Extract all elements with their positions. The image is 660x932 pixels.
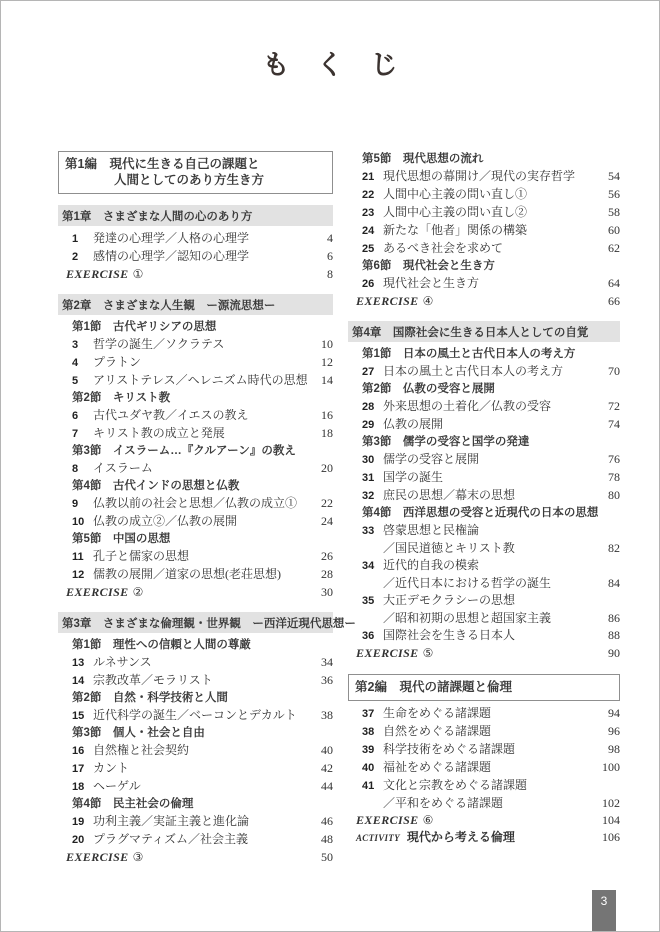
item-title: キリスト教の成立と発展 xyxy=(93,425,225,442)
item-page-number: 54 xyxy=(602,168,620,185)
section-label: 第5節 現代思想の流れ xyxy=(362,151,483,168)
item-number: 12 xyxy=(72,567,86,584)
item-title-continued: ／国民道徳とキリスト教 xyxy=(383,540,515,557)
item-title: 近代的自我の模索 xyxy=(383,557,479,574)
activity-title: 現代から考える倫理 xyxy=(407,829,515,846)
toc-item: 12儒教の展開／道家の思想(老荘思想)28 xyxy=(58,566,333,584)
item-title: 新たな「他者」関係の構築 xyxy=(383,222,527,239)
item-page-number: 6 xyxy=(321,248,333,265)
toc-item: 36国際社会を生きる日本人88 xyxy=(348,627,620,645)
section-heading: 第3節 個人・社会と自由 xyxy=(58,725,333,742)
item-title: 自然をめぐる諸課題 xyxy=(383,723,491,740)
toc-item: 11孔子と儒家の思想26 xyxy=(58,548,333,566)
item-title: 近代科学の誕生／ベーコンとデカルト xyxy=(93,707,297,724)
exercise-number: ② xyxy=(133,584,144,601)
item-page-number: 100 xyxy=(596,759,620,776)
item-title: 人間中心主義の問い直し② xyxy=(383,204,527,221)
item-page-number: 76 xyxy=(602,451,620,468)
item-number: 23 xyxy=(362,205,376,222)
section-label: 第4節 古代インドの思想と仏教 xyxy=(72,478,239,495)
item-number: 10 xyxy=(72,514,86,531)
item-number: 27 xyxy=(362,364,376,381)
item-page-number: 18 xyxy=(315,425,333,442)
item-page-number: 94 xyxy=(602,705,620,722)
toc-item: 16自然権と社会契約40 xyxy=(58,742,333,760)
item-number: 2 xyxy=(72,249,86,266)
section-heading: 第2節 自然・科学技術と人間 xyxy=(58,690,333,707)
item-title: プラグマティズム／社会主義 xyxy=(93,831,248,848)
toc-item: 17カント42 xyxy=(58,760,333,778)
item-page-number: 44 xyxy=(315,778,333,795)
exercise-number: ⑤ xyxy=(423,645,434,662)
item-title: 日本の風土と古代日本人の考え方 xyxy=(383,363,563,380)
section-heading: 第2節 キリスト教 xyxy=(58,390,333,407)
item-page-number: 28 xyxy=(315,566,333,583)
item-title: 生命をめぐる諸課題 xyxy=(383,705,491,722)
item-title: イスラーム xyxy=(93,460,153,477)
item-number: 18 xyxy=(72,779,86,796)
item-title: 発達の心理学／人格の心理学 xyxy=(93,230,249,247)
toc-page: も く じ 第1編 現代に生きる自己の課題と人間としてのあり方生き方第1章 さま… xyxy=(0,0,660,932)
section-label: 第4節 民主社会の倫理 xyxy=(72,796,193,813)
item-page-number: 70 xyxy=(602,363,620,380)
toc-item: 19功利主義／実証主義と進化論46 xyxy=(58,813,333,831)
toc-item: 29仏教の展開74 xyxy=(348,416,620,434)
item-page-number: 58 xyxy=(602,204,620,221)
item-title: ヘーゲル xyxy=(93,778,141,795)
toc-item: 13ルネサンス34 xyxy=(58,654,333,672)
item-number: 3 xyxy=(72,337,86,354)
exercise-number: ⑥ xyxy=(423,812,434,829)
item-title: 儒学の受容と展開 xyxy=(383,451,479,468)
item-title: 哲学の誕生／ソクラテス xyxy=(93,336,224,353)
part-title-line: 第1編 現代に生きる自己の課題と xyxy=(65,156,326,172)
item-title: 啓蒙思想と民権論 xyxy=(383,522,479,539)
section-label: 第1節 日本の風土と古代日本人の考え方 xyxy=(362,346,575,363)
chapter-heading: 第2章 さまざまな人生観 ー源流思想ー xyxy=(58,294,333,315)
page-number: 3 xyxy=(601,894,608,908)
toc-item: 31国学の誕生78 xyxy=(348,469,620,487)
item-number: 11 xyxy=(72,549,86,566)
toc-item: 4プラトン12 xyxy=(58,354,333,372)
toc-item: 24新たな「他者」関係の構築60 xyxy=(348,222,620,240)
item-title-continued: ／近代日本における哲学の誕生 xyxy=(383,575,551,592)
item-page-number: 26 xyxy=(315,548,333,565)
section-label: 第3節 イスラーム…『クルアーン』の教え xyxy=(72,443,296,460)
section-heading: 第4節 西洋思想の受容と近現代の日本の思想 xyxy=(348,505,620,522)
item-title: 大正デモクラシーの思想 xyxy=(383,592,515,609)
item-number: 37 xyxy=(362,706,376,723)
toc-item: 32庶民の思想／幕末の思想80 xyxy=(348,487,620,505)
section-heading: 第3節 儒学の受容と国学の発達 xyxy=(348,434,620,451)
item-title: 儒教の展開／道家の思想(老荘思想) xyxy=(93,566,281,583)
section-label: 第2節 キリスト教 xyxy=(72,390,170,407)
item-number: 19 xyxy=(72,814,86,831)
item-page-number: 30 xyxy=(315,584,333,601)
item-number: 28 xyxy=(362,399,376,416)
item-title: 科学技術をめぐる諸課題 xyxy=(383,741,515,758)
exercise-row: EXERCISE③50 xyxy=(58,849,333,866)
activity-label: ACTIVITY xyxy=(356,830,400,847)
item-page-number: 96 xyxy=(602,723,620,740)
exercise-row: EXERCISE⑥104 xyxy=(348,812,620,829)
item-page-number: 106 xyxy=(596,829,620,846)
toc-item: 39科学技術をめぐる諸課題98 xyxy=(348,741,620,759)
toc-item: 14宗教改革／モラリスト36 xyxy=(58,672,333,690)
item-page-number: 34 xyxy=(315,654,333,671)
item-number: 22 xyxy=(362,187,376,204)
item-page-number: 88 xyxy=(602,627,620,644)
item-page-number: 24 xyxy=(315,513,333,530)
item-title-continued: ／昭和初期の思想と超国家主義 xyxy=(383,610,551,627)
item-title: 宗教改革／モラリスト xyxy=(93,672,213,689)
item-number: 34 xyxy=(362,558,376,575)
item-number: 31 xyxy=(362,470,376,487)
toc-item: 20プラグマティズム／社会主義48 xyxy=(58,831,333,849)
section-heading: 第2節 仏教の受容と展開 xyxy=(348,381,620,398)
toc-item: 28外来思想の土着化／仏教の受容72 xyxy=(348,398,620,416)
item-number: 24 xyxy=(362,223,376,240)
item-title: 感情の心理学／認知の心理学 xyxy=(93,248,249,265)
item-number: 13 xyxy=(72,655,86,672)
activity-row: ACTIVITY現代から考える倫理106 xyxy=(348,829,620,847)
chapter-heading: 第3章 さまざまな倫理観・世界観 ー西洋近現代思想ー xyxy=(58,612,333,633)
item-number: 30 xyxy=(362,452,376,469)
section-label: 第1節 古代ギリシアの思想 xyxy=(72,319,216,336)
item-number: 32 xyxy=(362,488,376,505)
item-line-1: 33啓蒙思想と民権論 xyxy=(348,522,620,540)
item-number: 4 xyxy=(72,355,86,372)
item-title: 孔子と儒家の思想 xyxy=(93,548,189,565)
item-number: 5 xyxy=(72,373,86,390)
part-title-box: 第1編 現代に生きる自己の課題と人間としてのあり方生き方 xyxy=(58,151,333,194)
section-label: 第2節 自然・科学技術と人間 xyxy=(72,690,228,707)
item-title: 庶民の思想／幕末の思想 xyxy=(383,487,515,504)
item-line-2: ／国民道徳とキリスト教82 xyxy=(348,540,620,557)
toc-item: 25あるべき社会を求めて62 xyxy=(348,240,620,258)
item-page-number: 8 xyxy=(321,266,333,283)
section-heading: 第1節 理性への信頼と人間の尊厳 xyxy=(58,637,333,654)
item-number: 39 xyxy=(362,742,376,759)
item-line-2: ／昭和初期の思想と超国家主義86 xyxy=(348,610,620,627)
item-page-number: 56 xyxy=(602,186,620,203)
item-number: 17 xyxy=(72,761,86,778)
item-page-number: 84 xyxy=(602,575,620,592)
item-number: 1 xyxy=(72,231,86,248)
item-title: 福祉をめぐる諸課題 xyxy=(383,759,491,776)
item-title: 仏教の成立②／仏教の展開 xyxy=(93,513,237,530)
toc-item: 15近代科学の誕生／ベーコンとデカルト38 xyxy=(58,707,333,725)
section-heading: 第1節 日本の風土と古代日本人の考え方 xyxy=(348,346,620,363)
item-title: アリストテレス／ヘレニズム時代の思想 xyxy=(93,372,308,389)
toc-item: 41文化と宗教をめぐる諸課題／平和をめぐる諸課題102 xyxy=(348,777,620,812)
item-number: 41 xyxy=(362,778,376,795)
item-number: 6 xyxy=(72,408,86,425)
section-heading: 第6節 現代社会と生き方 xyxy=(348,258,620,275)
exercise-number: ④ xyxy=(423,293,434,310)
item-page-number: 4 xyxy=(321,230,333,247)
toc-item: 30儒学の受容と展開76 xyxy=(348,451,620,469)
chapter-heading: 第4章 国際社会に生きる日本人としての自覚 xyxy=(348,321,620,342)
item-page-number: 48 xyxy=(315,831,333,848)
exercise-row: EXERCISE②30 xyxy=(58,584,333,601)
part-title-box: 第2編 現代の諸課題と倫理 xyxy=(348,674,620,701)
exercise-row: EXERCISE⑤90 xyxy=(348,645,620,662)
item-number: 35 xyxy=(362,593,376,610)
item-page-number: 60 xyxy=(602,222,620,239)
item-number: 14 xyxy=(72,673,86,690)
section-heading: 第4節 民主社会の倫理 xyxy=(58,796,333,813)
item-title: あるべき社会を求めて xyxy=(383,240,503,257)
page-number-tab: 3 xyxy=(592,890,616,931)
section-label: 第1節 理性への信頼と人間の尊厳 xyxy=(72,637,251,654)
item-line-2: ／平和をめぐる諸課題102 xyxy=(348,795,620,812)
part-title-line: 第2編 現代の諸課題と倫理 xyxy=(355,679,613,695)
toc-column-right: 第5節 現代思想の流れ21現代思想の幕開け／現代の実存哲学5422人間中心主義の… xyxy=(348,151,620,847)
toc-item: 26現代社会と生き方64 xyxy=(348,275,620,293)
item-page-number: 78 xyxy=(602,469,620,486)
item-number: 40 xyxy=(362,760,376,777)
toc-item: 35大正デモクラシーの思想／昭和初期の思想と超国家主義86 xyxy=(348,592,620,627)
toc-item: 18ヘーゲル44 xyxy=(58,778,333,796)
item-number: 29 xyxy=(362,417,376,434)
item-title: 功利主義／実証主義と進化論 xyxy=(93,813,249,830)
item-title: 現代思想の幕開け／現代の実存哲学 xyxy=(383,168,575,185)
toc-item: 8イスラーム20 xyxy=(58,460,333,478)
toc-item: 22人間中心主義の問い直し①56 xyxy=(348,186,620,204)
item-page-number: 86 xyxy=(602,610,620,627)
item-page-number: 102 xyxy=(596,795,620,812)
toc-item: 33啓蒙思想と民権論／国民道徳とキリスト教82 xyxy=(348,522,620,557)
toc-item: 5アリストテレス／ヘレニズム時代の思想14 xyxy=(58,372,333,390)
item-line-1: 35大正デモクラシーの思想 xyxy=(348,592,620,610)
item-page-number: 14 xyxy=(315,372,333,389)
item-number: 36 xyxy=(362,628,376,645)
toc-item: 40福祉をめぐる諸課題100 xyxy=(348,759,620,777)
section-heading: 第3節 イスラーム…『クルアーン』の教え xyxy=(58,443,333,460)
item-title: 国学の誕生 xyxy=(383,469,443,486)
item-number: 20 xyxy=(72,832,86,849)
item-page-number: 12 xyxy=(315,354,333,371)
item-number: 38 xyxy=(362,724,376,741)
item-number: 7 xyxy=(72,426,86,443)
section-label: 第4節 西洋思想の受容と近現代の日本の思想 xyxy=(362,505,598,522)
section-label: 第3節 個人・社会と自由 xyxy=(72,725,205,742)
exercise-number: ③ xyxy=(133,849,144,866)
item-line-1: 41文化と宗教をめぐる諸課題 xyxy=(348,777,620,795)
exercise-label: EXERCISE xyxy=(66,266,129,283)
item-title: 国際社会を生きる日本人 xyxy=(383,627,515,644)
item-title: 人間中心主義の問い直し① xyxy=(383,186,527,203)
exercise-row: EXERCISE④66 xyxy=(348,293,620,310)
toc-item: 38自然をめぐる諸課題96 xyxy=(348,723,620,741)
item-title: プラトン xyxy=(93,354,141,371)
chapter-heading: 第1章 さまざまな人間の心のあり方 xyxy=(58,205,333,226)
item-page-number: 40 xyxy=(315,742,333,759)
toc-item: 27日本の風土と古代日本人の考え方70 xyxy=(348,363,620,381)
item-page-number: 46 xyxy=(315,813,333,830)
item-page-number: 74 xyxy=(602,416,620,433)
item-page-number: 82 xyxy=(602,540,620,557)
item-number: 25 xyxy=(362,241,376,258)
toc-item: 37生命をめぐる諸課題94 xyxy=(348,705,620,723)
item-title: カント xyxy=(93,760,129,777)
item-page-number: 50 xyxy=(315,849,333,866)
exercise-number: ① xyxy=(133,266,144,283)
toc-item: 2感情の心理学／認知の心理学6 xyxy=(58,248,333,266)
toc-item: 23人間中心主義の問い直し②58 xyxy=(348,204,620,222)
item-number: 15 xyxy=(72,708,86,725)
section-label: 第3節 儒学の受容と国学の発達 xyxy=(362,434,529,451)
item-title: 文化と宗教をめぐる諸課題 xyxy=(383,777,527,794)
section-label: 第2節 仏教の受容と展開 xyxy=(362,381,495,398)
item-page-number: 66 xyxy=(602,293,620,310)
item-number: 21 xyxy=(362,169,376,186)
item-line-1: 34近代的自我の模索 xyxy=(348,557,620,575)
section-label: 第6節 現代社会と生き方 xyxy=(362,258,495,275)
toc-item: 7キリスト教の成立と発展18 xyxy=(58,425,333,443)
item-title: 現代社会と生き方 xyxy=(383,275,479,292)
item-title: ルネサンス xyxy=(93,654,152,671)
section-heading: 第5節 現代思想の流れ xyxy=(348,151,620,168)
section-heading: 第5節 中国の思想 xyxy=(58,531,333,548)
item-title: 外来思想の土着化／仏教の受容 xyxy=(383,398,551,415)
item-page-number: 72 xyxy=(602,398,620,415)
item-line-2: ／近代日本における哲学の誕生84 xyxy=(348,575,620,592)
exercise-label: EXERCISE xyxy=(356,812,419,829)
exercise-label: EXERCISE xyxy=(66,584,129,601)
item-title: 仏教以前の社会と思想／仏教の成立① xyxy=(93,495,297,512)
item-number: 8 xyxy=(72,461,86,478)
toc-item: 6古代ユダヤ教／イエスの教え16 xyxy=(58,407,333,425)
part-title-line: 人間としてのあり方生き方 xyxy=(65,172,326,188)
exercise-label: EXERCISE xyxy=(66,849,129,866)
item-title: 自然権と社会契約 xyxy=(93,742,189,759)
item-page-number: 98 xyxy=(602,741,620,758)
item-page-number: 10 xyxy=(315,336,333,353)
toc-column-left: 第1編 現代に生きる自己の課題と人間としてのあり方生き方第1章 さまざまな人間の… xyxy=(58,151,333,866)
toc-item: 21現代思想の幕開け／現代の実存哲学54 xyxy=(348,168,620,186)
toc-item: 3哲学の誕生／ソクラテス10 xyxy=(58,336,333,354)
item-number: 9 xyxy=(72,496,86,513)
item-page-number: 20 xyxy=(315,460,333,477)
item-page-number: 64 xyxy=(602,275,620,292)
item-page-number: 42 xyxy=(315,760,333,777)
item-page-number: 22 xyxy=(315,495,333,512)
toc-item: 9仏教以前の社会と思想／仏教の成立①22 xyxy=(58,495,333,513)
exercise-row: EXERCISE①8 xyxy=(58,266,333,283)
item-page-number: 104 xyxy=(596,812,620,829)
item-title-continued: ／平和をめぐる諸課題 xyxy=(383,795,503,812)
item-page-number: 80 xyxy=(602,487,620,504)
item-title: 仏教の展開 xyxy=(383,416,443,433)
item-page-number: 38 xyxy=(315,707,333,724)
item-page-number: 16 xyxy=(315,407,333,424)
item-title: 古代ユダヤ教／イエスの教え xyxy=(93,407,249,424)
section-heading: 第1節 古代ギリシアの思想 xyxy=(58,319,333,336)
section-label: 第5節 中国の思想 xyxy=(72,531,170,548)
item-page-number: 90 xyxy=(602,645,620,662)
toc-item: 1発達の心理学／人格の心理学4 xyxy=(58,230,333,248)
item-page-number: 62 xyxy=(602,240,620,257)
section-heading: 第4節 古代インドの思想と仏教 xyxy=(58,478,333,495)
page-title: も く じ xyxy=(1,43,659,82)
exercise-label: EXERCISE xyxy=(356,293,419,310)
toc-item: 34近代的自我の模索／近代日本における哲学の誕生84 xyxy=(348,557,620,592)
item-number: 16 xyxy=(72,743,86,760)
exercise-label: EXERCISE xyxy=(356,645,419,662)
item-page-number: 36 xyxy=(315,672,333,689)
item-number: 26 xyxy=(362,276,376,293)
toc-item: 10仏教の成立②／仏教の展開24 xyxy=(58,513,333,531)
item-number: 33 xyxy=(362,523,376,540)
